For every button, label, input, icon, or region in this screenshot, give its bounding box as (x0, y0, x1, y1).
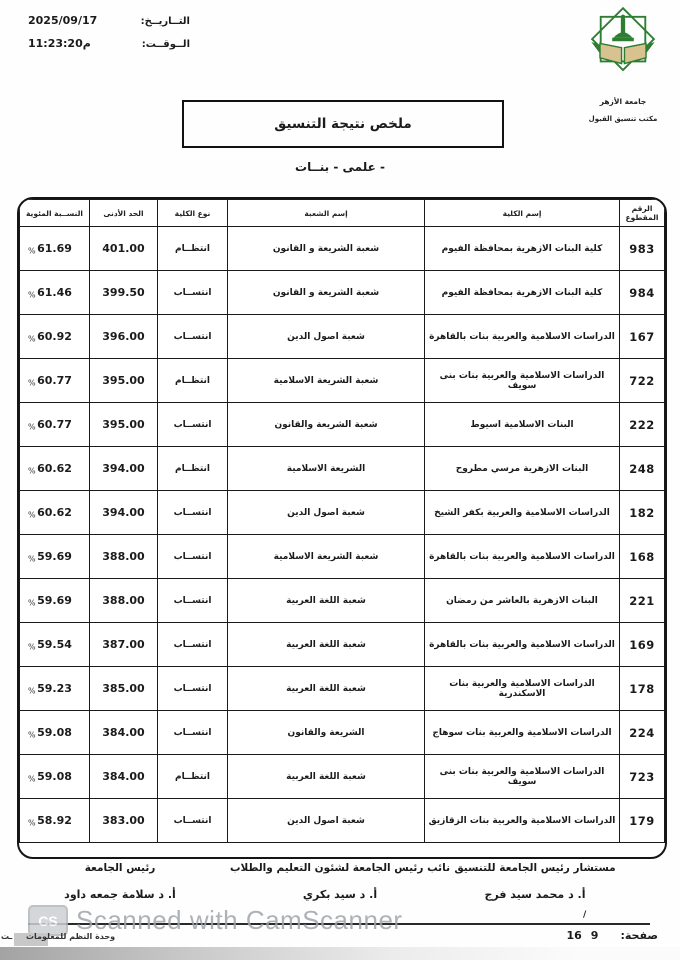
minimum-score: 394.00 (90, 447, 158, 491)
university-name: جامعة الأزهر (580, 97, 666, 106)
percentage-cell: % 59.69 (20, 579, 90, 623)
college-name: الدراسات الاسلامية والعربية بكفر الشيخ (425, 491, 620, 535)
minimum-score: 384.00 (90, 755, 158, 799)
page-total: 16 (566, 929, 581, 942)
percent-sign: % (28, 818, 36, 827)
percentage-value: 59.69 (37, 550, 72, 563)
branch-name: شعبة الشريعة الاسلامية (228, 535, 425, 579)
percentage-cell: % 61.46 (20, 271, 90, 315)
branch-name: شعبة اللغة العربية (228, 667, 425, 711)
table-row: 984 كلية البنات الازهرية بمحافظة الفيوم … (20, 271, 665, 315)
table-row: 167 الدراسات الاسلامية والعربية بنات بال… (20, 315, 665, 359)
page-number-slash: / (583, 910, 586, 920)
enrollment-type: انتســاب (158, 315, 228, 359)
minimum-score: 396.00 (90, 315, 158, 359)
college-name: الدراسات الاسلامية والعربية بنات الاسكند… (425, 667, 620, 711)
percentage-value: 59.54 (37, 638, 72, 651)
percent-sign: % (28, 334, 36, 343)
table-row: 723 الدراسات الاسلامية والعربية بنات بنى… (20, 755, 665, 799)
table-row: 222 البنات الاسلامية اسيوط شعبة الشريعة … (20, 403, 665, 447)
enrollment-type: انتظــام (158, 755, 228, 799)
table-row: 179 الدراسات الاسلامية والعربية بنات الز… (20, 799, 665, 843)
minimum-score: 383.00 (90, 799, 158, 843)
college-code: 722 (620, 359, 665, 403)
percent-sign: % (28, 510, 36, 519)
college-code: 168 (620, 535, 665, 579)
percent-sign: % (28, 642, 36, 651)
enrollment-type: انتســاب (158, 799, 228, 843)
branch-name: شعبة اللغة العربية (228, 579, 425, 623)
systems-unit-text-tail: ـت (1, 932, 12, 941)
percent-sign: % (28, 422, 36, 431)
percentage-cell: % 60.77 (20, 359, 90, 403)
header-min: الحد الأدنى (90, 200, 158, 227)
minimum-score: 388.00 (90, 535, 158, 579)
college-code: 182 (620, 491, 665, 535)
minimum-score: 384.00 (90, 711, 158, 755)
time-value: م11:23:20 (28, 37, 91, 50)
enrollment-type: انتســاب (158, 579, 228, 623)
college-name: الدراسات الاسلامية والعربية بنات بالقاهر… (425, 315, 620, 359)
al-azhar-emblem-icon (587, 73, 659, 92)
percentage-cell: % 59.08 (20, 755, 90, 799)
header-college: إسم الكلية (425, 200, 620, 227)
college-code: 224 (620, 711, 665, 755)
scan-edge-shadow (0, 947, 680, 960)
table-row: 168 الدراسات الاسلامية والعربية بنات بال… (20, 535, 665, 579)
percent-sign: % (28, 598, 36, 607)
percentage-value: 60.92 (37, 330, 72, 343)
college-code: 983 (620, 227, 665, 271)
branch-name: شعبة اللغة العربية (228, 623, 425, 667)
percentage-value: 59.69 (37, 594, 72, 607)
enrollment-type: انتســاب (158, 271, 228, 315)
minimum-score: 395.00 (90, 403, 158, 447)
percentage-cell: % 60.77 (20, 403, 90, 447)
minimum-score: 394.00 (90, 491, 158, 535)
college-name: البنات الاسلامية اسيوط (425, 403, 620, 447)
branch-name: شعبة اصول الدين (228, 799, 425, 843)
percentage-value: 61.69 (37, 242, 72, 255)
college-code: 221 (620, 579, 665, 623)
minimum-score: 385.00 (90, 667, 158, 711)
branch-name: شعبة الشريعة الاسلامية (228, 359, 425, 403)
college-name: الدراسات الاسلامية والعربية بنات الزقازي… (425, 799, 620, 843)
percentage-value: 60.77 (37, 418, 72, 431)
college-code: 248 (620, 447, 665, 491)
signature-vice-president: نائب رئيس الجامعة لشئون التعليم والطلاب … (225, 862, 455, 901)
branch-name: شعبة اللغة العربية (228, 755, 425, 799)
organization-logo-block: جامعة الأزهر مكتب تنسيق القبول (580, 6, 666, 123)
page-number-block: صفحة: 9 16 (566, 929, 658, 942)
date-row: التــاريــخ: 2025/09/17 (28, 14, 190, 27)
branch-name: الشريعة الاسلامية (228, 447, 425, 491)
college-code: 179 (620, 799, 665, 843)
percent-sign: % (28, 246, 36, 255)
percentage-cell: % 59.69 (20, 535, 90, 579)
percent-sign: % (28, 466, 36, 475)
branch-name: شعبة الشريعة و القانون (228, 227, 425, 271)
percent-sign: % (28, 686, 36, 695)
college-code: 169 (620, 623, 665, 667)
percent-sign: % (28, 730, 36, 739)
office-name: مكتب تنسيق القبول (580, 115, 666, 123)
college-code: 178 (620, 667, 665, 711)
results-table-frame: الرقم المقطوع إسم الكلية إسم الشعبة نوع … (17, 197, 667, 859)
time-row: الــوقــت: م11:23:20 (28, 37, 190, 50)
college-name: كلية البنات الازهرية بمحافظة الفيوم (425, 227, 620, 271)
table-row: 169 الدراسات الاسلامية والعربية بنات بال… (20, 623, 665, 667)
percentage-value: 59.23 (37, 682, 72, 695)
enrollment-type: انتســاب (158, 623, 228, 667)
minimum-score: 395.00 (90, 359, 158, 403)
minimum-score: 401.00 (90, 227, 158, 271)
percentage-cell: % 59.23 (20, 667, 90, 711)
page-label: صفحة: (620, 929, 658, 942)
percentage-value: 60.62 (37, 506, 72, 519)
branch-name: شعبة اصول الدين (228, 315, 425, 359)
college-code: 167 (620, 315, 665, 359)
enrollment-type: انتســاب (158, 491, 228, 535)
table-row: 248 البنات الازهرية مرسي مطروح الشريعة ا… (20, 447, 665, 491)
time-label: الــوقــت: (142, 39, 190, 50)
college-name: الدراسات الاسلامية والعربية بنات بالقاهر… (425, 623, 620, 667)
college-name: البنات الازهرية بالعاشر من رمضان (425, 579, 620, 623)
percent-sign: % (28, 554, 36, 563)
percent-sign: % (28, 774, 36, 783)
college-name: الدراسات الاسلامية والعربية بنات بنى سوي… (425, 755, 620, 799)
enrollment-type: انتســاب (158, 711, 228, 755)
percentage-value: 59.08 (37, 770, 72, 783)
percentage-cell: % 59.08 (20, 711, 90, 755)
college-code: 222 (620, 403, 665, 447)
datetime-block: التــاريــخ: 2025/09/17 الــوقــت: م11:2… (28, 14, 190, 50)
signature-name: أ. د سلامة جمعه داود (25, 888, 215, 901)
header-type: نوع الكلية (158, 200, 228, 227)
enrollment-type: انتســاب (158, 667, 228, 711)
percentage-value: 58.92 (37, 814, 72, 827)
percentage-value: 59.08 (37, 726, 72, 739)
table-row: 182 الدراسات الاسلامية والعربية بكفر الش… (20, 491, 665, 535)
college-name: الدراسات الاسلامية والعربية بنات بنى سوي… (425, 359, 620, 403)
enrollment-type: انتســاب (158, 403, 228, 447)
percentage-value: 61.46 (37, 286, 72, 299)
percentage-cell: % 59.54 (20, 623, 90, 667)
header-branch: إسم الشعبة (228, 200, 425, 227)
college-name: البنات الازهرية مرسي مطروح (425, 447, 620, 491)
college-code: 723 (620, 755, 665, 799)
document-title-box: ملخص نتيجة التنسيق (182, 100, 504, 148)
college-name: الدراسات الاسلامية والعربية بنات سوهاج (425, 711, 620, 755)
percentage-value: 60.77 (37, 374, 72, 387)
document-subtitle: - علمى - بنــات (0, 160, 680, 174)
percentage-cell: % 61.69 (20, 227, 90, 271)
systems-unit-text: وحدة النظم للمعلومات (26, 932, 115, 941)
document-title: ملخص نتيجة التنسيق (274, 116, 412, 132)
table-row: 221 البنات الازهرية بالعاشر من رمضان شعب… (20, 579, 665, 623)
results-table-body: 983 كلية البنات الازهرية بمحافظة الفيوم … (20, 227, 665, 843)
table-row: 983 كلية البنات الازهرية بمحافظة الفيوم … (20, 227, 665, 271)
percentage-cell: % 60.62 (20, 491, 90, 535)
minimum-score: 387.00 (90, 623, 158, 667)
percent-sign: % (28, 290, 36, 299)
date-value: 2025/09/17 (28, 14, 97, 27)
percentage-value: 60.62 (37, 462, 72, 475)
camscanner-watermark-text: Scanned with CamScanner (76, 905, 403, 936)
college-name: كلية البنات الازهرية بمحافظة الفيوم (425, 271, 620, 315)
scanned-document-page: التــاريــخ: 2025/09/17 الــوقــت: م11:2… (0, 0, 680, 960)
branch-name: شعبة الشريعة والقانون (228, 403, 425, 447)
branch-name: شعبة الشريعة و القانون (228, 271, 425, 315)
header-code: الرقم المقطوع (620, 200, 665, 227)
signature-title: نائب رئيس الجامعة لشئون التعليم والطلاب (225, 862, 455, 874)
minimum-score: 399.50 (90, 271, 158, 315)
enrollment-type: انتســاب (158, 535, 228, 579)
enrollment-type: انتظــام (158, 359, 228, 403)
percentage-cell: % 58.92 (20, 799, 90, 843)
percent-sign: % (28, 378, 36, 387)
minimum-score: 388.00 (90, 579, 158, 623)
table-row: 224 الدراسات الاسلامية والعربية بنات سوه… (20, 711, 665, 755)
percentage-cell: % 60.92 (20, 315, 90, 359)
percentage-cell: % 60.62 (20, 447, 90, 491)
branch-name: شعبة اصول الدين (228, 491, 425, 535)
table-row: 722 الدراسات الاسلامية والعربية بنات بنى… (20, 359, 665, 403)
college-code: 984 (620, 271, 665, 315)
results-table: الرقم المقطوع إسم الكلية إسم الشعبة نوع … (19, 199, 665, 843)
page-current: 9 (591, 929, 599, 942)
enrollment-type: انتظــام (158, 447, 228, 491)
date-label: التــاريــخ: (141, 16, 190, 27)
table-row: 178 الدراسات الاسلامية والعربية بنات الا… (20, 667, 665, 711)
signature-president: رئيس الجامعة أ. د سلامة جمعه داود (25, 862, 215, 901)
enrollment-type: انتظــام (158, 227, 228, 271)
results-table-header: الرقم المقطوع إسم الكلية إسم الشعبة نوع … (20, 200, 665, 227)
branch-name: الشريعة والقانون (228, 711, 425, 755)
college-name: الدراسات الاسلامية والعربية بنات بالقاهر… (425, 535, 620, 579)
signature-name: أ. د سيد بكري (225, 888, 455, 901)
header-pct: النســبة المئوية (20, 200, 90, 227)
signature-title: رئيس الجامعة (25, 862, 215, 874)
